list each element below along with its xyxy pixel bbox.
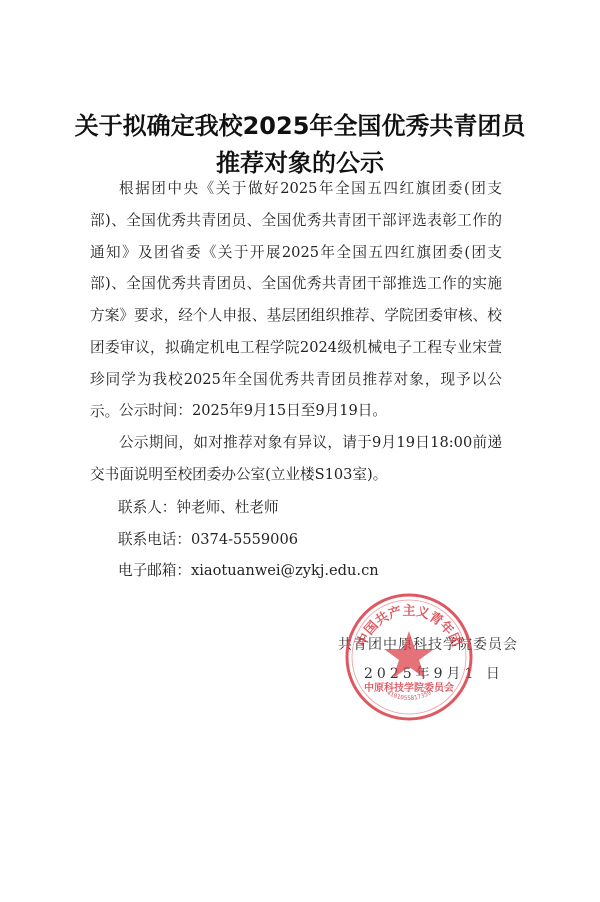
contact-email: 电子邮箱：xiaotuanwei@zykj.edu.cn xyxy=(118,559,379,580)
objection-paragraph: 公示期间，如对推荐对象有异议，请于9月19日18:00前递交书面说明至校团委办公… xyxy=(90,427,502,491)
paragraph-text: 公示时间：2025年9月15日至9月19日。 xyxy=(90,395,502,427)
official-seal-icon: 中国共产主义青年团 中原科技学院委员会 4101055817359 xyxy=(343,591,475,723)
publicity-period-paragraph: 公示时间：2025年9月15日至9月19日。 xyxy=(90,395,502,427)
svg-text:中原科技学院委员会: 中原科技学院委员会 xyxy=(364,681,454,694)
main-paragraph: 根据团中央《关于做好2025年全国五四红旗团委(团支部)、全国优秀共青团员、全国… xyxy=(90,173,502,427)
paragraph-text: 公示期间，如对推荐对象有异议，请于9月19日18:00前递交书面说明至校团委办公… xyxy=(90,427,502,491)
contact-phone: 联系电话：0374-5559006 xyxy=(118,528,298,549)
contact-person: 联系人：钟老师、杜老师 xyxy=(118,496,279,517)
document-title-line-1: 关于拟确定我校2025年全国优秀共青团员 xyxy=(60,106,540,141)
document-page: 关于拟确定我校2025年全国优秀共青团员 推荐对象的公示 根据团中央《关于做好2… xyxy=(0,0,600,902)
paragraph-text: 根据团中央《关于做好2025年全国五四红旗团委(团支部)、全国优秀共青团员、全国… xyxy=(90,173,502,427)
